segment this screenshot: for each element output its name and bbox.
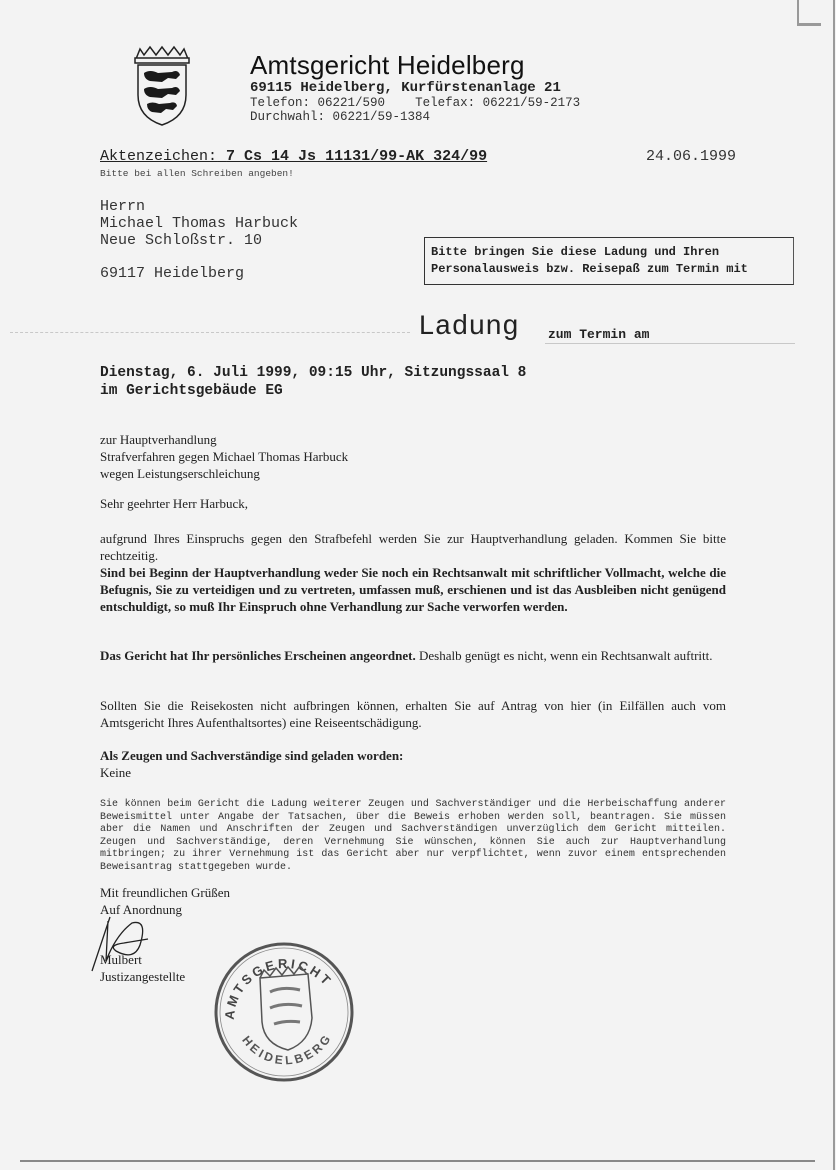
scan-edge [797, 0, 799, 24]
recipient-city: 69117 Heidelberg [100, 265, 244, 282]
document-subtitle: zum Termin am [548, 327, 649, 342]
case-subject: zur Hauptverhandlung Strafverfahren gege… [100, 431, 348, 482]
paragraph-personal-appearance: Das Gericht hat Ihr persönliches Erschei… [100, 647, 726, 664]
personal-appearance-rest: Deshalb genügt es nicht, wenn ein Rechts… [416, 648, 713, 663]
fold-line [545, 343, 795, 344]
file-reference-label: Aktenzeichen: [100, 148, 217, 165]
small-print: Sie können beim Gericht die Ladung weite… [100, 799, 726, 875]
phone-number: 06221/590 [318, 96, 386, 110]
appointment-details: Dienstag, 6. Juli 1999, 09:15 Uhr, Sitzu… [100, 364, 526, 400]
paragraph-warning: Sind bei Beginn der Hauptverhandlung wed… [100, 564, 726, 615]
witnesses-heading: Als Zeugen und Sachverständige sind gela… [100, 748, 403, 763]
fax-number: 06221/59-2173 [483, 96, 581, 110]
file-reference: Aktenzeichen: 7 Cs 14 Js 11131/99-AK 324… [100, 148, 487, 165]
svg-text:HEIDELBERG: HEIDELBERG [239, 1030, 335, 1067]
subject-line: zur Hauptverhandlung [100, 431, 348, 448]
direct-number: 06221/59-1384 [333, 110, 431, 124]
notice-box: Bitte bringen Sie diese Ladung und Ihren… [424, 237, 794, 285]
letter-salutation: Sehr geehrter Herr Harbuck, [100, 496, 248, 512]
appointment-location: im Gerichtsgebäude EG [100, 382, 526, 400]
court-address: 69115 Heidelberg, Kurfürstenanlage 21 [250, 80, 561, 96]
direct-label: Durchwahl: [250, 110, 325, 124]
fold-line [10, 332, 410, 334]
scan-edge [20, 1160, 815, 1162]
subject-line: Strafverfahren gegen Michael Thomas Harb… [100, 448, 348, 465]
personal-appearance-emphasis: Das Gericht hat Ihr persönliches Erschei… [100, 648, 416, 663]
paragraph-summons: aufgrund Ihres Einspruchs gegen den Stra… [100, 530, 726, 564]
phone-label: Telefon: [250, 96, 310, 110]
witnesses-value: Keine [100, 764, 726, 781]
scan-edge [833, 0, 835, 1170]
subject-line: wegen Leistungserschleichung [100, 465, 348, 482]
recipient-street: Neue Schloßstr. 10 [100, 232, 298, 249]
recipient-salutation: Herrn [100, 198, 298, 215]
court-seal-icon: AMTSGERICHT HEIDELBERG [212, 940, 357, 1085]
court-phone-line: Telefon: 06221/590 Telefax: 06221/59-217… [250, 96, 580, 110]
recipient-address: Herrn Michael Thomas Harbuck Neue Schloß… [100, 198, 298, 249]
letter-date: 24.06.1999 [646, 148, 736, 165]
notice-line: Bitte bringen Sie diese Ladung und Ihren [431, 244, 793, 261]
closing: Mit freundlichen Grüßen Auf Anordnung [100, 884, 230, 918]
file-reference-number: 7 Cs 14 Js 11131/99-AK 324/99 [226, 148, 487, 165]
seal-text-bottom: HEIDELBERG [239, 1030, 335, 1067]
notice-line: Personalausweis bzw. Reisepaß zum Termin… [431, 261, 793, 278]
court-name: Amtsgericht Heidelberg [250, 50, 525, 81]
scan-edge [797, 23, 821, 26]
witnesses-section: Als Zeugen und Sachverständige sind gela… [100, 747, 726, 781]
coat-of-arms-icon [132, 45, 192, 127]
court-direct-line: Durchwahl: 06221/59-1384 [250, 110, 430, 124]
recipient-name: Michael Thomas Harbuck [100, 215, 298, 232]
signature-icon [88, 915, 158, 975]
paragraph-travel-costs: Sollten Sie die Reisekosten nicht aufbri… [100, 697, 726, 731]
file-reference-hint: Bitte bei allen Schreiben angeben! [100, 168, 294, 179]
document-title: Ladung [418, 312, 519, 343]
appointment-datetime: Dienstag, 6. Juli 1999, 09:15 Uhr, Sitzu… [100, 364, 526, 382]
closing-greeting: Mit freundlichen Grüßen [100, 884, 230, 901]
fax-label: Telefax: [415, 96, 475, 110]
